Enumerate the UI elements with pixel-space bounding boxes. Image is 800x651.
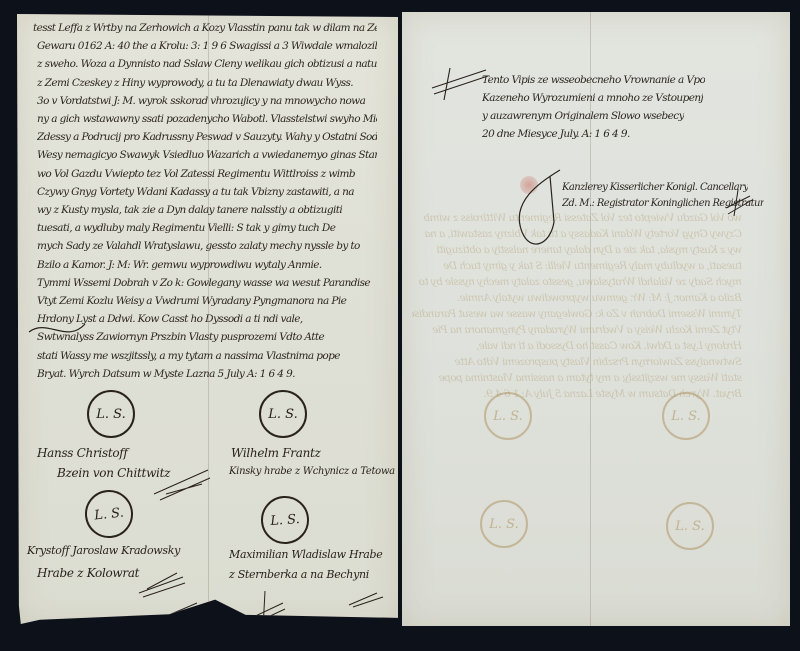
flourish-icon: [27, 314, 87, 344]
manuscript-line: Hrdony Lyst a Ddwi. Kow Casst ho Dyssodi…: [37, 313, 377, 325]
faint-seal-2: L. S.: [662, 392, 710, 440]
seal-label: L. S.: [493, 409, 522, 424]
seal-label: L. S.: [675, 519, 704, 534]
signature-1a: Hanss Christoff: [37, 446, 128, 460]
manuscript-line: stati Wassy me wszjitssly, a my tytam a …: [37, 350, 377, 362]
signature-2a: Wilhelm Frantz: [231, 446, 321, 460]
paraph-mark-icon: [167, 599, 207, 619]
seal-label: L. S.: [94, 505, 125, 523]
manuscript-line: z sweho. Woza a Dynnisto nad Sslaw Cleny…: [37, 58, 377, 70]
manuscript-line: Wesy nemagicyo Swawyk Vsiedluo Wazarich …: [37, 149, 377, 161]
manuscript-leaf-left: tesst Leffa z Wrtby na Zerhowich a Kozy …: [17, 14, 398, 624]
bleed-through-line: mych Sady ze Valahdl Wratyslawu, gessto …: [412, 276, 742, 288]
faint-seal-3: L. S.: [480, 500, 528, 548]
manuscript-line: mych Sady ze Valahdl Wratyslawu, gessto …: [37, 240, 377, 252]
cross-hatch-mark-icon: [430, 64, 490, 104]
signature-2b: Kinsky hrabe z Wchynicz a Tetowa: [229, 466, 395, 477]
cross-hatch-mark-icon: [247, 589, 287, 629]
manuscript-line: tesst Leffa z Wrtby na Zerhowich a Kozy …: [33, 22, 377, 34]
paraph-mark-icon: [347, 589, 387, 609]
manuscript-line: ny a gich wstawawny ssati pozadenycho Wa…: [37, 113, 377, 125]
seal-label: L. S.: [489, 517, 518, 532]
seal-ls-3: L. S.: [83, 488, 136, 541]
manuscript-line: Bryat. Wyrch Datsum w Myste Lazna 5 July…: [37, 368, 377, 380]
signature-3b: Hrabe z Kolowrat: [37, 566, 139, 580]
manuscript-line: Tymmi Wssemi Dobrah v Zo k: Gowlegany wa…: [37, 277, 377, 289]
seal-ls-4: L. S.: [259, 494, 310, 545]
signature-4a: Maximilian Wladislaw Hrabe: [229, 548, 382, 561]
manuscript-line: wy z Kusty mysla, tak zie a Dyn dalay ta…: [37, 204, 377, 216]
note-line-4: 20 dne Miesyce July. A: 1 6 4 9.: [482, 128, 630, 140]
seal-label: L. S.: [96, 407, 125, 422]
manuscript-line: wo Vol Gazdu Vwiepto tez Vol Zatessi Reg…: [37, 168, 377, 180]
paraph-mark-icon: [152, 464, 212, 504]
manuscript-line: z Zemi Czeskey z Hiny wyprowody, a tu ta…: [37, 77, 377, 89]
signature-3a: Krystoff Jaroslaw Kradowsky: [27, 544, 180, 557]
seal-label: L. S.: [671, 409, 700, 424]
bleed-through-line: Hrdony Lyst a Ddwi. Kow Casst ho Dyssodi…: [412, 340, 742, 352]
manuscript-line: Czywy Gnyg Vortety Wdani Kadassy a tu ta…: [37, 186, 377, 198]
manuscript-line: Zdessy a Podrucij pro Kadrussny Peswad v…: [37, 131, 377, 143]
faint-seal-1: L. S.: [484, 392, 532, 440]
bleed-through-line: Tymmi Wssemi Dobrah v Zo k: Gowlegany wa…: [412, 308, 742, 320]
paraph-mark-icon: [724, 188, 754, 218]
manuscript-line: tuesati, a wydluby maly Regimentu Vielli…: [37, 222, 377, 234]
manuscript-line: Bzilo a Kamor. J: M: Wr. gemwu wyprowdiw…: [37, 259, 377, 271]
signature-4b: z Sternberka a na Bechyni: [229, 568, 369, 581]
note-line-2: Kazeneho Wyrozumieni a mnoho ze Vstoupen…: [482, 92, 703, 104]
seal-label: L. S.: [270, 511, 300, 528]
note-line-1: Tento Vipis ze wsseobecneho Vrownanie a …: [482, 74, 705, 86]
registry-flourish-icon: [510, 162, 590, 262]
bleed-through-line: Vtyt Zemi Kozlu Weisy a Vwdrumi Wyradany…: [412, 324, 742, 336]
manuscript-line: Swtwnalyss Zawiornyn Prszbin Vlasty pusp…: [37, 331, 377, 343]
seal-ls-1: L. S.: [87, 390, 135, 438]
seal-label: L. S.: [268, 407, 297, 422]
note-line-3: y auzawrenym Originalem Slowo wsebecy: [482, 110, 684, 122]
manuscript-leaf-right: wo Vol Gazdu Vwiepto tez Vol Zatessi Reg…: [402, 12, 790, 626]
paraph-mark-icon: [137, 569, 187, 599]
bleed-through-line: Bzilo a Kamor. J: M: Wr. gemwu wyprowdiw…: [412, 292, 742, 304]
manuscript-line: Vtyt Zemi Kozlu Weisy a Vwdrumi Wyradany…: [37, 295, 377, 307]
bleed-through-line: Swtwnalyss Zawiornyn Prszbin Vlasty pusp…: [412, 356, 742, 368]
manuscript-line: 3o v Vordatstwi J: M. wyrok sskorad vhro…: [37, 95, 377, 107]
seal-ls-2: L. S.: [259, 390, 307, 438]
faint-seal-4: L. S.: [666, 502, 714, 550]
bleed-through-line: stati Wassy me wszjitssly, a my tytam a …: [412, 372, 742, 384]
manuscript-line: Gewaru 0162 A: 40 the a Krolu: 3: 1 9 6 …: [37, 40, 377, 52]
